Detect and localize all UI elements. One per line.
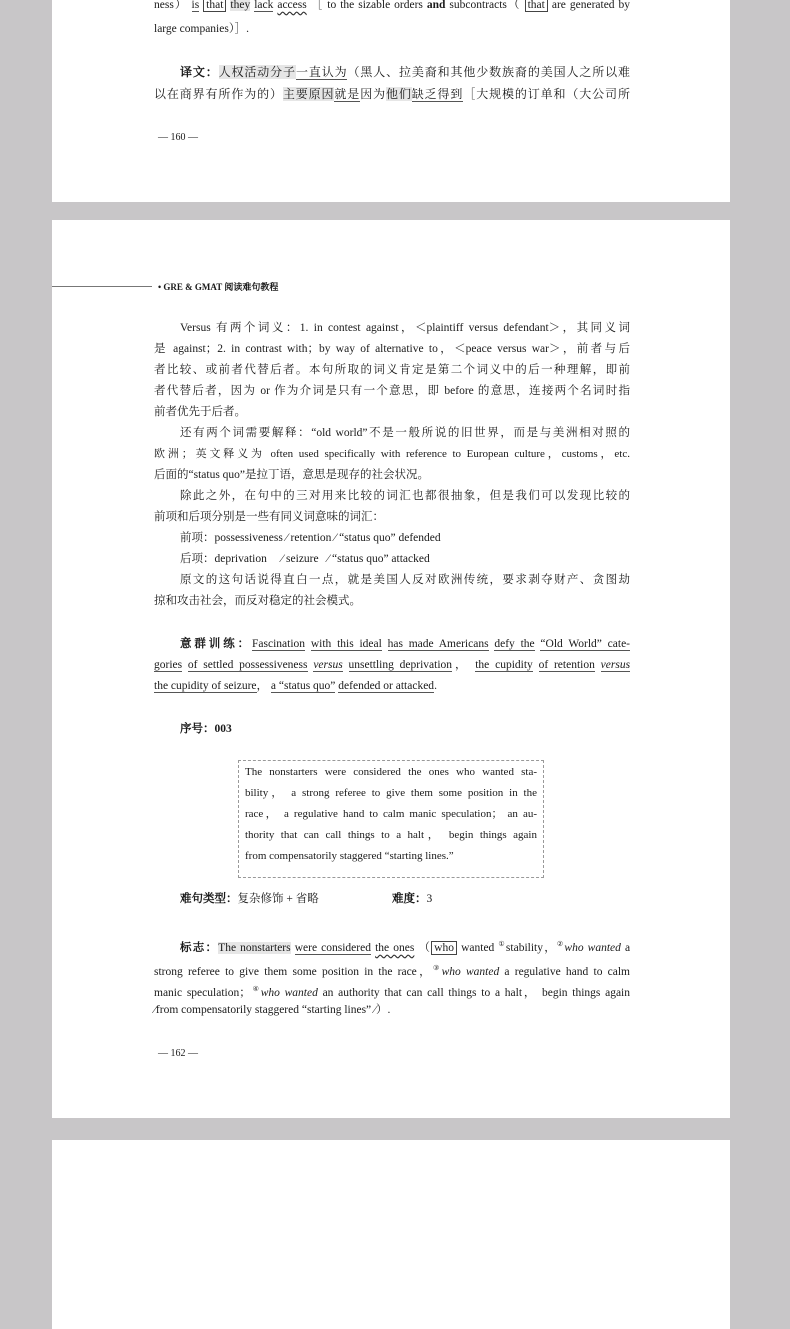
text-fragment: ness） <box>154 0 188 11</box>
translation-line: 译文：人权活动分子一直认为（黑人、拉美裔和其他少数族裔的美国人之所以难 <box>180 62 630 83</box>
punct: （ <box>418 942 431 954</box>
boxed-word: that <box>203 0 226 12</box>
serial-number: 序号：003 <box>180 719 630 740</box>
wavy-underlined-word: access <box>277 0 306 11</box>
chunk: Fascination <box>252 638 305 651</box>
highlighted-text: 他们 <box>386 87 412 101</box>
sentence-type-row: 难句类型：复杂修饰 + 省略 难度：3 <box>180 889 630 910</box>
paragraph-line: 欧洲；英文释义为 often used specifically with re… <box>154 444 630 465</box>
back-items: 后项：deprivation ⁄ seizure ⁄ “status quo” … <box>180 549 630 570</box>
text-fragment: a regulative hand to calm <box>499 966 630 978</box>
punct: ， <box>452 659 469 671</box>
running-head: • GRE & GMAT 阅读难句教程 <box>158 280 278 293</box>
chunk: with this ideal <box>311 638 382 651</box>
chunk: versus <box>313 659 342 672</box>
page-number: — 162 — <box>158 1048 198 1059</box>
paragraph-line: 还有两个词需要解释：“old world”不是一般所说的旧世界，而是与美洲相对照… <box>180 423 630 444</box>
front-items: 前项：possessiveness ⁄ retention ⁄ “status … <box>180 528 630 549</box>
chunk-line: the cupidity of seizure， a “status quo” … <box>154 676 630 697</box>
page-next <box>52 1140 730 1329</box>
page-number: — 160 — <box>158 132 198 143</box>
text-line: large companies）］. <box>154 19 630 40</box>
underlined-text: 就是 <box>334 87 360 102</box>
text-fragment: stability， <box>506 942 557 954</box>
paragraph-line: 前者优先于后者。 <box>154 402 630 423</box>
paragraph-line: 者代替后者，因为 or 作为介词是只有一个意思，即 before 的意思，连接两… <box>154 381 630 402</box>
italic-ellipsis: who wanted <box>261 987 318 999</box>
chunk-label: 意群训练： <box>180 638 252 650</box>
text-fragment: （黑人、拉美裔和其他少数族裔的美国人之所以难 <box>347 65 630 79</box>
serial-value: 003 <box>215 723 232 735</box>
type-value: 复杂修饰 + 省略 <box>238 893 319 905</box>
box-line: from compensatorily staggered “starting … <box>245 846 537 867</box>
italic-ellipsis: who wanted <box>564 942 621 954</box>
page-162: • GRE & GMAT 阅读难句教程 Versus 有两个词义：1. in c… <box>52 220 730 1118</box>
text-fragment: ［ to the sizable orders <box>311 0 423 11</box>
chunk: a “status quo” <box>271 680 336 693</box>
chunk: “Old World” cate- <box>540 638 630 651</box>
circled-number: ③ <box>433 964 442 972</box>
text-line: ness） is that they lack access ［ to the … <box>154 0 630 16</box>
paragraph-line: 前项和后项分别是一些有同义词意味的词汇： <box>154 507 630 528</box>
box-line: race， a regulative hand to calm manic sp… <box>245 804 537 825</box>
text-fragment: 因为 <box>360 87 386 101</box>
paragraph-line: Versus 有两个词义：1. in contest against，＜plai… <box>180 318 630 339</box>
circled-number: ④ <box>251 985 261 993</box>
translation-label: 译文： <box>180 65 219 79</box>
paragraph-line: 后面的“status quo”是拉丁语，意思是现存的社会状况。 <box>154 465 630 486</box>
text-fragment: wanted <box>461 942 494 954</box>
translation-line: 以在商界有所作为的）主要原因就是因为他们缺乏得到［大规模的订单和（大公司所 <box>154 84 630 105</box>
chunk-line: gories of settled possessiveness versus … <box>154 655 630 676</box>
paragraph-line: 原文的这句话说得直白一点，就是美国人反对欧洲传统，要求剥夺财产、贪图劫 <box>180 570 630 591</box>
circled-number: ① <box>498 940 506 948</box>
highlighted-text: 主要原因 <box>283 87 335 101</box>
chunk: defended or attacked <box>338 680 434 693</box>
marker-label: 标志： <box>180 942 218 954</box>
underlined-word: lack <box>254 0 273 12</box>
text-fragment: are generated by <box>552 0 630 11</box>
underlined-text: 一直认为 <box>296 65 348 80</box>
chunk: defy the <box>494 638 534 651</box>
boxed-word: that <box>525 0 548 12</box>
underlined-verb: were considered <box>295 942 371 955</box>
underlined-text: 缺乏得到 <box>412 87 464 102</box>
chunk: gories <box>154 659 182 672</box>
chunk: versus <box>601 659 630 672</box>
box-line: The nonstarters were considered the ones… <box>245 762 537 783</box>
difficulty: 难度：3 <box>392 889 432 910</box>
marker-line: 标志：The nonstarters were considered the o… <box>180 934 630 959</box>
text-fragment: manic speculation； <box>154 987 251 999</box>
italic-ellipsis: who wanted <box>442 966 500 978</box>
original-sentence-box: The nonstarters were considered the ones… <box>238 760 544 878</box>
chunk: has made Americans <box>388 638 489 651</box>
highlighted-word: they <box>230 0 250 11</box>
paragraph-line: 除此之外，在句中的三对用来比较的词汇也都很抽象，但是我们可以发现比较的 <box>180 486 630 507</box>
text-fragment: a <box>625 942 630 954</box>
highlighted-text: 人权活动分子 <box>219 65 296 79</box>
highlighted-subject: The nonstarters <box>218 942 290 954</box>
paragraph-line: 掠和攻击社会，而反对稳定的社会模式。 <box>154 591 630 612</box>
chunk: of retention <box>539 659 595 672</box>
chunk: the cupidity of seizure <box>154 680 257 693</box>
running-head-rule <box>52 286 152 287</box>
text-fragment: 以在商界有所作为的） <box>154 87 283 101</box>
wavy-object: the ones <box>375 942 414 954</box>
paragraph-line: 是 against；2. in contrast with；by way of … <box>154 339 630 360</box>
difficulty-label: 难度： <box>392 893 427 905</box>
text-fragment: an authority that can call things to a h… <box>318 987 630 999</box>
box-line: thority that can call things to a halt， … <box>245 825 537 846</box>
paragraph-line: 者比较、或前者代替后者。本句所取的词义肯定是第二个词义中的后一种理解，即前 <box>154 360 630 381</box>
chunk-line: 意群训练：Fascination with this ideal has mad… <box>180 634 630 655</box>
chunk: of settled possessiveness <box>188 659 308 672</box>
text-fragment: strong referee to give them some positio… <box>154 966 433 978</box>
chunk: unsettling deprivation <box>349 659 453 672</box>
punct: ， <box>257 680 269 692</box>
bold-word: and <box>427 0 446 11</box>
punct: . <box>434 680 437 692</box>
box-line: bility， a strong referee to give them so… <box>245 783 537 804</box>
text-fragment: ［大规模的订单和（大公司所 <box>463 87 630 101</box>
chunk: the cupidity <box>475 659 533 672</box>
marker-line: ⁄from compensatorily staggered “starting… <box>154 1000 630 1021</box>
serial-label: 序号： <box>180 723 215 735</box>
difficulty-value: 3 <box>427 893 433 905</box>
page-160: ness） is that they lack access ［ to the … <box>52 0 730 202</box>
text-fragment: subcontracts（ <box>449 0 520 11</box>
boxed-word: who <box>431 941 457 955</box>
underlined-word: is <box>192 0 200 12</box>
type-label: 难句类型： <box>180 893 238 905</box>
